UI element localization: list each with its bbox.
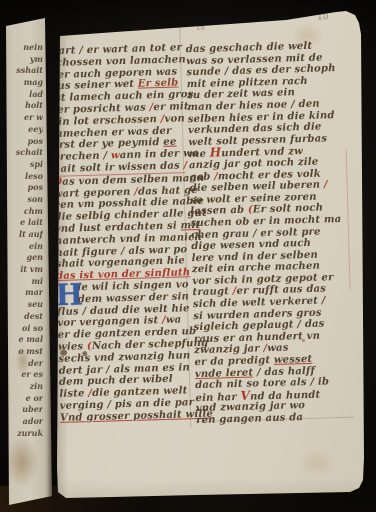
text-column-right: das geschach die weltwas so verlassen mi…	[186, 40, 355, 427]
margin-text-fragment: son	[3, 194, 43, 206]
text-segment: was	[267, 343, 289, 355]
text-segment: wesset	[274, 354, 313, 366]
text-segment: traugt	[192, 286, 232, 298]
manuscript-page: 10 cx wart / er wart an tot erschossen v…	[46, 8, 376, 508]
margin-text-fragment: chm	[3, 206, 43, 218]
previous-page-line-endings: neinymsshaitmagladholter weeyposschaitsp…	[3, 42, 43, 439]
text-segment: ee	[163, 137, 176, 149]
text-segment: liste	[59, 388, 88, 400]
ink-speck	[82, 351, 87, 356]
margin-text-fragment: zin	[3, 381, 43, 393]
text-segment: ren gangen aus da	[196, 412, 303, 426]
margin-text-fragment: sshait	[3, 65, 43, 77]
margin-text-fragment: pos	[3, 136, 43, 148]
margin-text-fragment: ador	[3, 416, 43, 428]
text-segment: prechen /	[53, 150, 112, 163]
margin-text-fragment: pos	[3, 182, 43, 194]
margin-text-fragment: gen	[3, 252, 43, 264]
ink-speck	[302, 339, 305, 342]
previous-page-edge: neinymsshaitmagladholter weeyposschaitsp…	[3, 16, 53, 508]
margin-text-fragment: dest	[3, 311, 43, 323]
margin-text-fragment: er es	[3, 369, 43, 381]
margin-text-fragment: der	[3, 358, 43, 370]
margin-text-fragment: o mst	[3, 346, 43, 358]
margin-text-fragment: it vm	[3, 264, 43, 276]
margin-text-fragment: uber	[3, 404, 43, 416]
margin-text-fragment: lt auf	[3, 229, 43, 241]
margin-text-fragment: mi	[3, 276, 43, 288]
text-segment: /	[183, 160, 187, 171]
text-segment: Nach der schepfung	[92, 337, 209, 351]
margin-text-fragment: oi so	[3, 323, 43, 335]
margin-text-fragment: e or	[3, 393, 43, 405]
margin-text-fragment: ym	[3, 54, 43, 66]
manuscript-photo: neinymsshaitmagladholter weeyposschaitsp…	[0, 0, 376, 512]
margin-text-fragment: lad	[3, 89, 43, 101]
margin-text-fragment: leso	[3, 171, 43, 183]
text-segment: von	[164, 113, 185, 125]
text-segment: H	[210, 145, 222, 160]
text-segment: Er selb	[138, 78, 179, 90]
stain	[5, 436, 39, 488]
margin-text-fragment: mar	[3, 287, 43, 299]
page-content: 10 cx wart / er wart an tot erschossen v…	[33, 0, 376, 508]
text-segment: lassen ab	[190, 205, 248, 218]
margin-text-fragment: spi	[3, 159, 43, 171]
text-column-left: wart / er wart an tot erschossen von lam…	[50, 42, 193, 424]
text-segment: gab	[189, 171, 214, 183]
margin-text-fragment: eey	[3, 124, 43, 136]
text-segment: wa	[166, 315, 182, 327]
text-segment: /	[324, 179, 328, 190]
margin-text-fragment: zuruk	[3, 428, 43, 440]
margin-text-fragment: schait	[3, 147, 43, 159]
margin-text-fragment: ein	[3, 241, 43, 253]
text-segment: w	[111, 150, 120, 161]
margin-text-fragment: e lait	[3, 217, 43, 229]
margin-text-fragment: holt	[3, 100, 43, 112]
margin-text-fragment: mag	[3, 77, 43, 89]
text-segment: er mit	[153, 101, 189, 113]
margin-text-fragment: seu	[3, 299, 43, 311]
margin-text-fragment: nein	[3, 42, 43, 54]
margin-text-fragment: er w	[3, 112, 43, 124]
margin-text-fragment: e mal	[3, 334, 43, 346]
